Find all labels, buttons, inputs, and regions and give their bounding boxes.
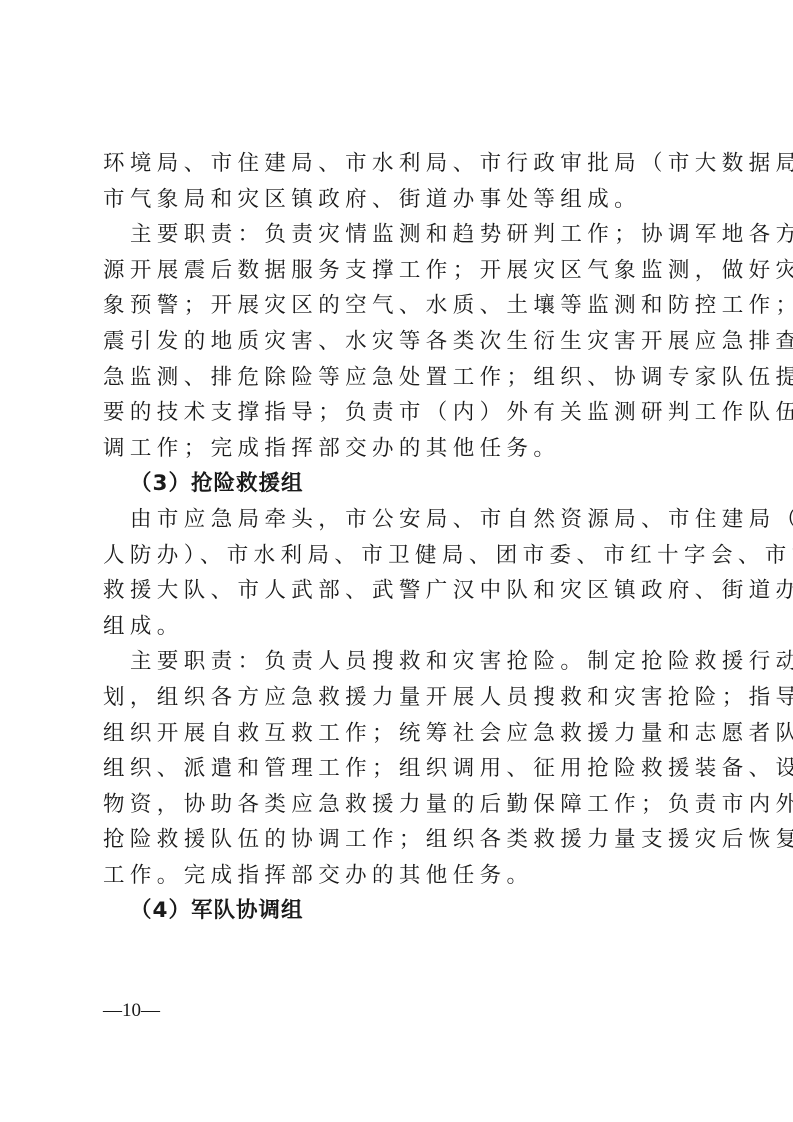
paragraph-rescue-duties: 主要职责：负责人员搜救和灾害抢险。制定抢险救援行动计 划，组织各方应急救援力量开… [103, 644, 699, 893]
text-line: 划，组织各方应急救援力量开展人员搜救和灾害抢险；指导灾区 [103, 680, 699, 716]
text-line: 物资，协助各类应急救援力量的后勤保障工作；负责市内外有关 [103, 787, 699, 823]
text-line: 调工作；完成指挥部交办的其他任务。 [103, 431, 699, 467]
page-number: —10— [103, 1000, 160, 1022]
text-line: 环境局、市住建局、市水利局、市行政审批局（市大数据局）、 [103, 146, 699, 182]
text-line: 主要职责：负责人员搜救和灾害抢险。制定抢险救援行动计 [103, 644, 699, 680]
paragraph-continuation: 环境局、市住建局、市水利局、市行政审批局（市大数据局）、 市气象局和灾区镇政府、… [103, 146, 699, 217]
paragraph-rescue-composition: 由市应急局牵头，市公安局、市自然资源局、市住建局（市 人防办）、市水利局、市卫健… [103, 502, 699, 644]
section-heading-military-coordination-group: （4）军队协调组 [103, 893, 699, 929]
text-line: 抢险救援队伍的协调工作；组织各类救援力量支援灾后恢复重建 [103, 822, 699, 858]
text-line: 由市应急局牵头，市公安局、市自然资源局、市住建局（市 [103, 502, 699, 538]
text-line: 市气象局和灾区镇政府、街道办事处等组成。 [103, 182, 699, 218]
text-line: 象预警；开展灾区的空气、水质、土壤等监测和防控工作；对地 [103, 288, 699, 324]
text-line: 组成。 [103, 609, 699, 645]
text-line: 组织开展自救互救工作；统筹社会应急救援力量和志愿者队伍的 [103, 716, 699, 752]
text-line: 主要职责：负责灾情监测和趋势研判工作；协调军地各方资 [103, 217, 699, 253]
text-line: 人防办）、市水利局、市卫健局、团市委、市红十字会、市消防 [103, 538, 699, 574]
document-page: 环境局、市住建局、市水利局、市行政审批局（市大数据局）、 市气象局和灾区镇政府、… [103, 146, 699, 929]
text-line: 急监测、排危除险等应急处置工作；组织、协调专家队伍提供必 [103, 360, 699, 396]
paragraph-duties-monitoring: 主要职责：负责灾情监测和趋势研判工作；协调军地各方资 源开展震后数据服务支撑工作… [103, 217, 699, 466]
text-line: 组织、派遣和管理工作；组织调用、征用抢险救援装备、设备和 [103, 751, 699, 787]
text-line: 救援大队、市人武部、武警广汉中队和灾区镇政府、街道办事处 [103, 573, 699, 609]
section-heading-rescue-group: （3）抢险救援组 [103, 466, 699, 502]
text-line: 工作。完成指挥部交办的其他任务。 [103, 858, 699, 894]
text-line: 源开展震后数据服务支撑工作；开展灾区气象监测，做好灾区气 [103, 253, 699, 289]
text-line: 要的技术支撑指导；负责市（内）外有关监测研判工作队伍的协 [103, 395, 699, 431]
text-line: 震引发的地质灾害、水灾等各类次生衍生灾害开展应急排查、应 [103, 324, 699, 360]
